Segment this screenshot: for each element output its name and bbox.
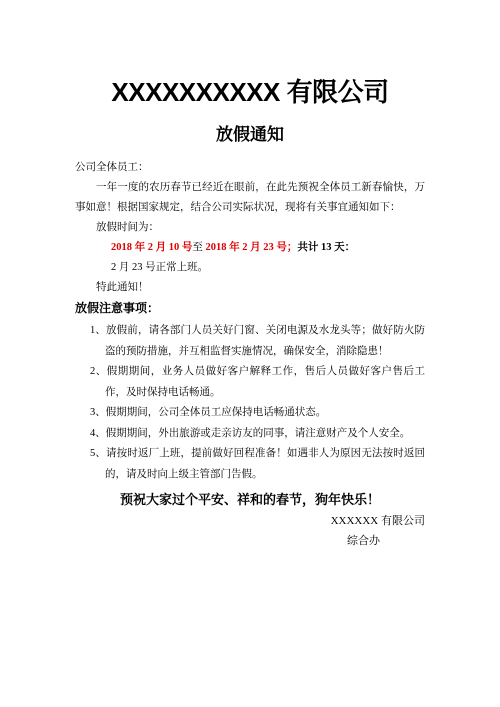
note-item: 5、请按时返厂上班，提前做好回程准备！如遇非人为原因无法按时返回的，请及时向上级… [105,444,425,485]
document-page: XXXXXXXXXX 有限公司 放假通知 公司全体员工： 一年一度的农历春节已经… [0,0,500,707]
note-item: 1、放假前，请各部门人员关好门窗、关闭电源及水龙头等；做好防火防盗的预防措施，并… [105,321,425,362]
hereby-notice: 特此通知！ [75,278,425,298]
date-end: 2018 年 2 月 23 号； [203,242,298,253]
note-item: 2、假期期间，业务人员做好客户解释工作，售后人员做好客户售后工作，及时保持电话畅… [105,362,425,403]
signature-department: 综合办 [75,531,425,551]
note-number: 2、 [90,366,107,377]
note-text: 假期期间，外出旅游或走亲访友的同事，请注意财产及个人安全。 [106,428,411,439]
holiday-time-label: 放假时间为： [75,218,425,238]
note-number: 4、 [90,428,106,439]
note-text: 请按时返厂上班，提前做好回程准备！如遇非人为原因无法按时返回的，请及时向上级主管… [105,448,425,480]
holiday-date-line: 2018 年 2 月 10 号至 2018 年 2 月 23 号；共计 13 天… [75,238,425,258]
back-to-work-line: 2 月 23 号正常上班。 [75,258,425,278]
note-text: 假期期间，公司全体员工应保持电话畅通状态。 [106,407,327,418]
intro-paragraph: 一年一度的农历春节已经近在眼前，在此先预祝全体员工新春愉快，万事如意！根据国家规… [75,178,425,218]
note-text: 放假前，请各部门人员关好门窗、关闭电源及水龙头等；做好防火防盗的预防措施，并互相… [105,325,425,357]
company-title: XXXXXXXXXX 有限公司 [75,76,425,108]
date-total: 共计 13 天： [297,242,355,253]
closing-wish: 预祝大家过个平安、祥和的春节，狗年快乐！ [75,490,425,509]
note-number: 1、 [90,325,106,336]
salutation: 公司全体员工： [75,158,425,178]
notes-list: 1、放假前，请各部门人员关好门窗、关闭电源及水龙头等；做好防火防盗的预防措施，并… [75,321,425,485]
date-start: 2018 年 2 月 10 号 [111,242,192,253]
note-text: 假期期间，业务人员做好客户解释工作，售后人员做好客户售后工作，及时保持电话畅通。 [105,366,425,398]
signature-company: XXXXXX 有限公司 [75,512,425,531]
note-item: 4、假期期间，外出旅游或走亲访友的同事，请注意财产及个人安全。 [105,424,425,445]
notice-body: 公司全体员工： 一年一度的农历春节已经近在眼前，在此先预祝全体员工新春愉快，万事… [75,158,425,298]
note-item: 3、假期期间，公司全体员工应保持电话畅通状态。 [105,403,425,424]
notice-title: 放假通知 [75,124,425,146]
date-to: 至 [192,242,203,253]
note-number: 5、 [90,448,106,459]
note-number: 3、 [90,407,106,418]
notes-heading: 放假注意事项： [75,300,425,317]
